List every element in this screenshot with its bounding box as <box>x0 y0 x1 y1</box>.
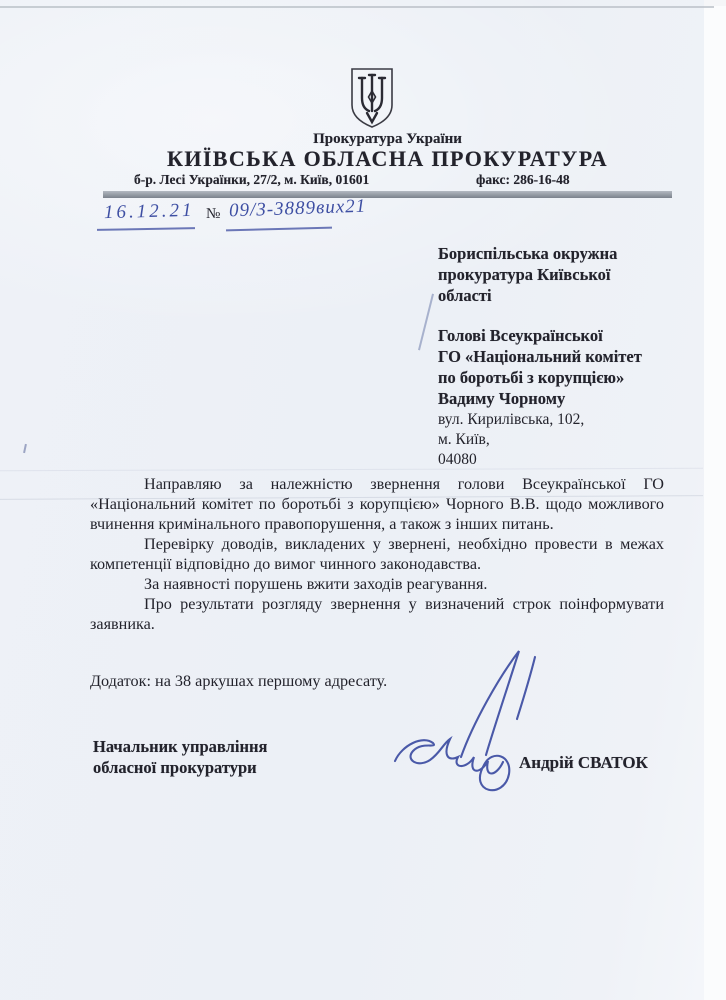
letterhead-rule <box>103 191 672 198</box>
recipient-line: області <box>438 285 698 306</box>
recipient-line: ГО «Національний комітет <box>438 346 698 367</box>
signoff-position-line: обласної прокуратури <box>93 757 267 778</box>
ukraine-tryzub-emblem-icon <box>349 67 395 129</box>
scanned-letter: Прокуратура України КИЇВСЬКА ОБЛАСНА ПРО… <box>0 0 726 1000</box>
recipient-line: по боротьбі з корупцією» <box>438 367 698 388</box>
recipient-address-line: вул. Кирилівська, 102, <box>438 410 698 430</box>
body-paragraph: За наявності порушень вжити заходів реаг… <box>90 574 664 594</box>
recipient-block-2: Голові Всеукраїнської ГО «Національний к… <box>438 325 698 470</box>
recipient-line: Бориспільська окружна <box>438 243 698 264</box>
recipient-line: прокуратура Київської <box>438 264 698 285</box>
org-address: б-р. Лесі Українки, 27/2, м. Київ, 01601 <box>134 172 369 188</box>
signoff-position: Начальник управління обласної прокуратур… <box>93 736 267 778</box>
ref-date-handwritten: 16.12.21 <box>104 200 195 224</box>
body-paragraph: Про результати розгляду звернення у визн… <box>90 594 664 634</box>
signoff-position-line: Начальник управління <box>93 736 267 757</box>
recipient-line: Голові Всеукраїнської <box>438 325 698 346</box>
recipient-block-1: Бориспільська окружна прокуратура Київсь… <box>438 243 698 306</box>
body-paragraph: Направляю за належністю звернення голови… <box>90 474 664 534</box>
attachment-note: Додаток: на 38 аркушах першому адресату. <box>90 672 387 691</box>
signoff-name: Андрій СВАТОК <box>519 753 648 773</box>
recipient-address-line: м. Київ, <box>438 430 698 450</box>
ref-number-sign: № <box>206 206 220 223</box>
body-paragraph: Перевірку доводів, викладених у звернені… <box>90 534 664 574</box>
org-contact-row: б-р. Лесі Українки, 27/2, м. Київ, 01601… <box>103 172 672 190</box>
org-fax: факс: 286-16-48 <box>476 172 570 188</box>
paper-top-edge <box>0 6 714 8</box>
org-name: КИЇВСЬКА ОБЛАСНА ПРОКУРАТУРА <box>103 146 672 172</box>
recipient-line: Вадиму Чорному <box>438 388 698 409</box>
